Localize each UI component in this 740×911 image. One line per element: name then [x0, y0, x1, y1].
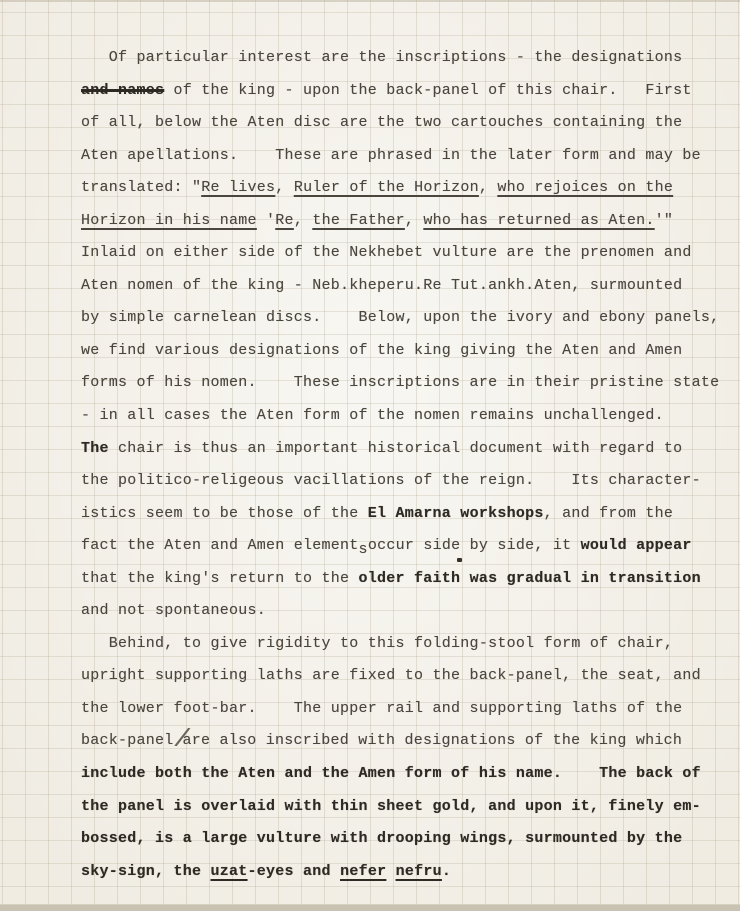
manuscript-page: Of particular interest are the inscripti… — [0, 0, 740, 911]
text-segment: older faith was gradual in transition — [359, 570, 701, 587]
typed-text: Of particular interest are the inscripti… — [81, 42, 736, 888]
text-segment: the lower foot-bar. The upper rail and s… — [81, 700, 682, 717]
typed-line: - in all cases the Aten form of the nome… — [81, 400, 736, 433]
typed-line: upright supporting laths are fixed to th… — [81, 660, 736, 693]
pencil-slash-mark: / — [172, 733, 183, 749]
text-segment: that the king's return to the — [81, 570, 359, 587]
text-segment: translated: " — [81, 179, 201, 196]
underlined-text: Horizon in his name — [81, 212, 257, 229]
typed-line: forms of his nomen. These inscriptions a… — [81, 367, 736, 400]
underlined-text: nefru — [396, 863, 442, 880]
text-segment — [386, 863, 395, 880]
text-segment: and not spontaneous. — [81, 602, 266, 619]
text-segment: . — [442, 863, 451, 880]
text-segment: , — [405, 212, 424, 229]
typed-line: by simple carnelean discs. Below, upon t… — [81, 302, 736, 335]
text-segment: the panel is overlaid with thin sheet go… — [81, 798, 701, 815]
typed-line: of all, below the Aten disc are the two … — [81, 107, 736, 140]
text-segment: ' — [257, 212, 276, 229]
text-segment: fact the Aten and Amen element — [81, 537, 359, 554]
text-segment: , — [275, 179, 294, 196]
text-segment: istics seem to be those of the — [81, 505, 368, 522]
typed-line: Inlaid on either side of the Nekhebet vu… — [81, 237, 736, 270]
text-segment: sky-sign, the — [81, 863, 211, 880]
text-segment: upright supporting laths are fixed to th… — [81, 667, 701, 684]
typed-line: include both the Aten and the Amen form … — [81, 758, 736, 791]
typed-line: and not spontaneous. — [81, 595, 736, 628]
typed-line: that the king's return to the older fait… — [81, 563, 736, 596]
typed-line: the panel is overlaid with thin sheet go… — [81, 791, 736, 824]
insertion-caret-mark — [457, 558, 462, 562]
typed-line: and names of the king - upon the back-pa… — [81, 75, 736, 108]
scan-bottom-edge — [0, 904, 740, 911]
text-segment: Aten nomen of the king - Neb.kheperu.Re … — [81, 277, 682, 294]
text-segment: - in all cases the Aten form of the nome… — [81, 407, 664, 424]
typed-line: the politico-religeous vacillations of t… — [81, 465, 736, 498]
underlined-text: Re — [275, 212, 294, 229]
paper-top-edge — [0, 0, 740, 2]
text-segment: s — [359, 541, 368, 558]
typed-line: the lower foot-bar. The upper rail and s… — [81, 693, 736, 726]
typed-line: translated: "Re lives, Ruler of the Hori… — [81, 172, 736, 205]
typed-line: we find various designations of the king… — [81, 335, 736, 368]
typed-line: Aten apellations. These are phrased in t… — [81, 140, 736, 173]
text-segment: chair is thus an important historical do… — [109, 440, 683, 457]
text-segment: bossed, is a large vulture with drooping… — [81, 830, 682, 847]
underlined-text: uzat — [211, 863, 248, 880]
text-segment: of the king - upon the back-panel of thi… — [164, 82, 691, 99]
typed-line: sky-sign, the uzat-eyes and nefer nefru. — [81, 856, 736, 889]
text-segment: of all, below the Aten disc are the two … — [81, 114, 682, 131]
text-segment: are also inscribed with designations of … — [183, 732, 683, 749]
text-segment: El Amarna workshops — [368, 505, 544, 522]
text-segment: , — [479, 179, 498, 196]
typed-line: istics seem to be those of the El Amarna… — [81, 498, 736, 531]
underlined-text: the Father — [312, 212, 405, 229]
text-segment: the politico-religeous vacillations of t… — [81, 472, 701, 489]
typed-line: Aten nomen of the king - Neb.kheperu.Re … — [81, 270, 736, 303]
text-segment: forms of his nomen. These inscriptions a… — [81, 374, 719, 391]
underlined-text: Ruler of the Horizon — [294, 179, 479, 196]
typed-line: back-panel/are also inscribed with desig… — [81, 725, 736, 758]
struck-text: and names — [81, 82, 164, 99]
typed-line: Behind, to give rigidity to this folding… — [81, 628, 736, 661]
text-segment: The — [81, 440, 109, 457]
typed-line: bossed, is a large vulture with drooping… — [81, 823, 736, 856]
text-segment: by simple carnelean discs. Below, upon t… — [81, 309, 719, 326]
underlined-text: Re lives — [201, 179, 275, 196]
text-segment: , and from the — [544, 505, 674, 522]
text-segment: occur side by side, it — [368, 537, 581, 554]
text-segment: Of particular interest are the inscripti… — [81, 49, 682, 66]
text-segment: Inlaid on either side of the Nekhebet vu… — [81, 244, 692, 261]
underlined-text: who rejoices on the — [497, 179, 673, 196]
typed-line: The chair is thus an important historica… — [81, 433, 736, 466]
text-segment: would appear — [581, 537, 692, 554]
text-segment: we find various designations of the king… — [81, 342, 682, 359]
text-segment: '" — [655, 212, 674, 229]
text-segment: -eyes and — [248, 863, 341, 880]
underlined-text: who has returned as Aten. — [423, 212, 654, 229]
typed-line: fact the Aten and Amen elementsoccur sid… — [81, 530, 736, 563]
text-segment: Aten apellations. These are phrased in t… — [81, 147, 701, 164]
text-segment: , — [294, 212, 313, 229]
typed-line: Of particular interest are the inscripti… — [81, 42, 736, 75]
text-segment: include both the Aten and the Amen form … — [81, 765, 701, 782]
underlined-text: nefer — [340, 863, 386, 880]
text-segment: back-panel — [81, 732, 174, 749]
text-segment: Behind, to give rigidity to this folding… — [81, 635, 673, 652]
typed-line: Horizon in his name 'Re, the Father, who… — [81, 205, 736, 238]
